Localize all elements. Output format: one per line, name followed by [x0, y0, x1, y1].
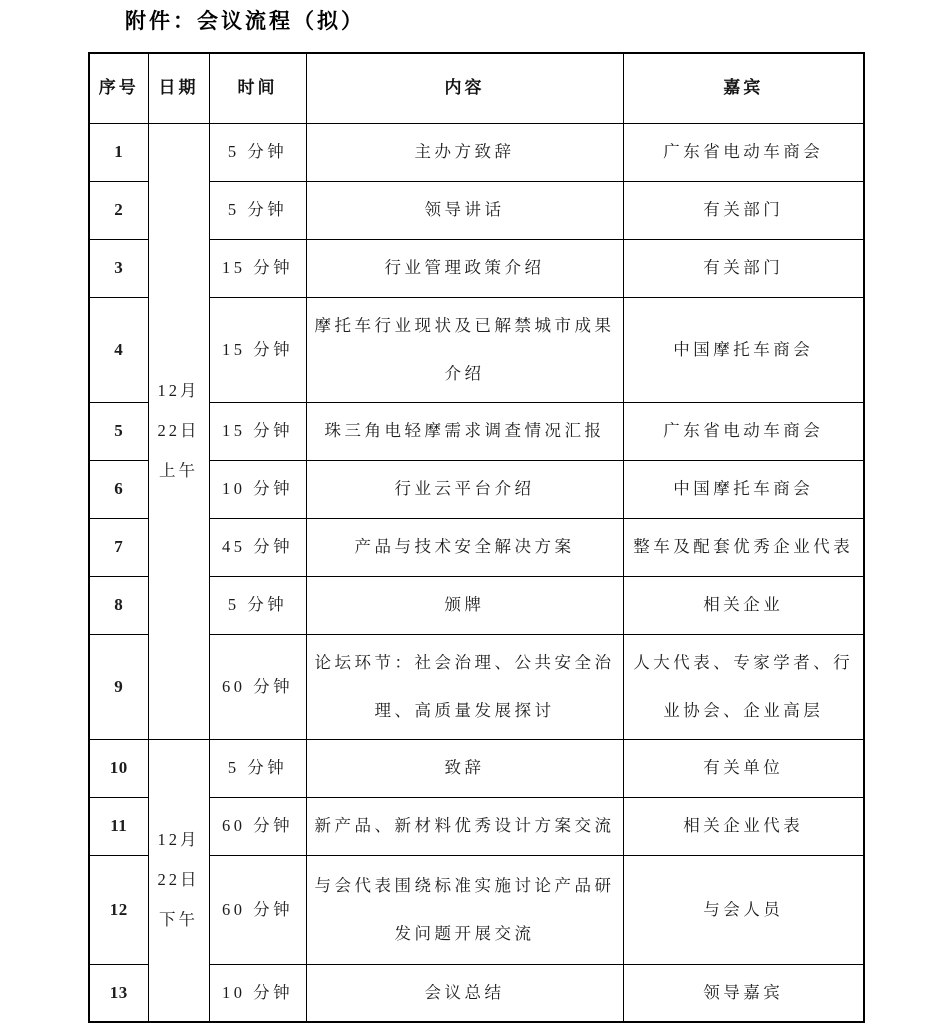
- date-line: 12月: [155, 820, 203, 860]
- date-line: 下午: [155, 900, 203, 940]
- serial-cell: 3: [89, 239, 148, 297]
- time-cell: 60 分钟: [209, 797, 306, 855]
- table-row: 1 12月 22日 上午 5 分钟 主办方致辞 广东省电动车商会: [89, 123, 864, 181]
- content-cell: 主办方致辞: [306, 123, 623, 181]
- date-line: 12月: [155, 371, 203, 411]
- serial-cell: 9: [89, 634, 148, 739]
- date-line: 上午: [155, 451, 203, 491]
- page-title: 附件：会议流程（拟）: [125, 6, 951, 36]
- time-cell: 15 分钟: [209, 239, 306, 297]
- guest-cell: 领导嘉宾: [623, 964, 864, 1022]
- time-cell: 60 分钟: [209, 855, 306, 964]
- serial-cell: 4: [89, 297, 148, 402]
- content-cell: 与会代表围绕标准实施讨论产品研发问题开展交流: [306, 855, 623, 964]
- header-serial: 序号: [89, 53, 148, 123]
- serial-cell: 12: [89, 855, 148, 964]
- guest-cell: 相关企业: [623, 576, 864, 634]
- serial-cell: 1: [89, 123, 148, 181]
- header-content: 内容: [306, 53, 623, 123]
- time-cell: 5 分钟: [209, 576, 306, 634]
- guest-cell: 与会人员: [623, 855, 864, 964]
- content-cell: 致辞: [306, 739, 623, 797]
- serial-cell: 6: [89, 460, 148, 518]
- content-cell: 论坛环节：社会治理、公共安全治理、高质量发展探讨: [306, 634, 623, 739]
- guest-cell: 广东省电动车商会: [623, 402, 864, 460]
- guest-cell: 有关部门: [623, 239, 864, 297]
- time-cell: 5 分钟: [209, 123, 306, 181]
- guest-cell: 整车及配套优秀企业代表: [623, 518, 864, 576]
- serial-cell: 2: [89, 181, 148, 239]
- guest-cell: 有关单位: [623, 739, 864, 797]
- time-cell: 60 分钟: [209, 634, 306, 739]
- content-cell: 新产品、新材料优秀设计方案交流: [306, 797, 623, 855]
- serial-cell: 13: [89, 964, 148, 1022]
- guest-cell: 有关部门: [623, 181, 864, 239]
- content-cell: 领导讲话: [306, 181, 623, 239]
- serial-cell: 5: [89, 402, 148, 460]
- date-line: 22日: [155, 411, 203, 451]
- guest-cell: 中国摩托车商会: [623, 460, 864, 518]
- time-cell: 5 分钟: [209, 181, 306, 239]
- date-cell-afternoon: 12月 22日 下午: [148, 739, 209, 1022]
- serial-cell: 11: [89, 797, 148, 855]
- serial-cell: 7: [89, 518, 148, 576]
- time-cell: 10 分钟: [209, 460, 306, 518]
- guest-cell: 广东省电动车商会: [623, 123, 864, 181]
- table-row: 10 12月 22日 下午 5 分钟 致辞 有关单位: [89, 739, 864, 797]
- time-cell: 10 分钟: [209, 964, 306, 1022]
- header-time: 时间: [209, 53, 306, 123]
- content-cell: 行业云平台介绍: [306, 460, 623, 518]
- date-line: 22日: [155, 860, 203, 900]
- content-cell: 颁牌: [306, 576, 623, 634]
- serial-cell: 10: [89, 739, 148, 797]
- guest-cell: 相关企业代表: [623, 797, 864, 855]
- time-cell: 45 分钟: [209, 518, 306, 576]
- agenda-table: 序号 日期 时间 内容 嘉宾 1 12月 22日 上午 5 分钟 主办方致辞 广…: [88, 52, 865, 1023]
- table-header-row: 序号 日期 时间 内容 嘉宾: [89, 53, 864, 123]
- guest-cell: 人大代表、专家学者、行业协会、企业高层: [623, 634, 864, 739]
- time-cell: 15 分钟: [209, 402, 306, 460]
- content-cell: 产品与技术安全解决方案: [306, 518, 623, 576]
- document-page: 附件：会议流程（拟） 序号 日期 时间 内容 嘉宾 1 12月 22日 上午 5…: [0, 0, 951, 1023]
- header-date: 日期: [148, 53, 209, 123]
- date-cell-morning: 12月 22日 上午: [148, 123, 209, 739]
- content-cell: 会议总结: [306, 964, 623, 1022]
- guest-cell: 中国摩托车商会: [623, 297, 864, 402]
- time-cell: 5 分钟: [209, 739, 306, 797]
- content-cell: 行业管理政策介绍: [306, 239, 623, 297]
- serial-cell: 8: [89, 576, 148, 634]
- content-cell: 摩托车行业现状及已解禁城市成果介绍: [306, 297, 623, 402]
- header-guest: 嘉宾: [623, 53, 864, 123]
- content-cell: 珠三角电轻摩需求调查情况汇报: [306, 402, 623, 460]
- time-cell: 15 分钟: [209, 297, 306, 402]
